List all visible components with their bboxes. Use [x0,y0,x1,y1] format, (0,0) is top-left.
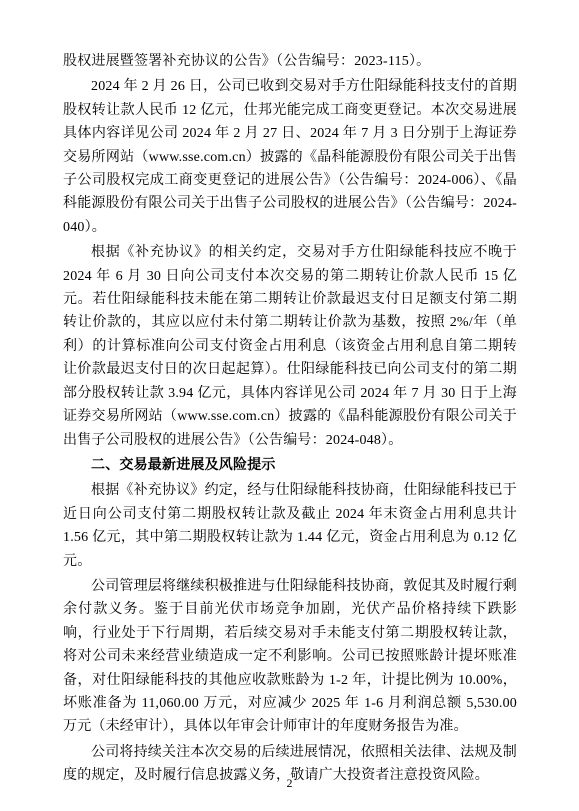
page-number: 2 [0,772,579,795]
paragraph-risk-provision: 公司管理层将继续积极推进与仕阳绿能科技协商，敦促其及时履行剩余付款义务。鉴于目前… [63,575,517,739]
paragraph-second-installment-terms: 根据《补充协议》的相关约定，交易对手方仕阳绿能科技应不晚于 2024 年 6 月… [63,241,517,452]
document-page: 股权进展暨签署补充协议的公告》（公告编号：2023-115）。 2024 年 2… [0,0,579,811]
paragraph-continuation: 股权进展暨签署补充协议的公告》（公告编号：2023-115）。 [63,50,517,73]
document-body: 股权进展暨签署补充协议的公告》（公告编号：2023-115）。 2024 年 2… [63,50,517,788]
section-heading-progress-and-risk: 二、交易最新进展及风险提示 [63,454,517,477]
paragraph-latest-payment: 根据《补充协议》约定，经与仕阳绿能科技协商，仕阳绿能科技已于近日向公司支付第二期… [63,479,517,573]
paragraph-first-installment: 2024 年 2 月 26 日，公司已收到交易对手方仕阳绿能科技支付的首期股权转… [63,75,517,239]
